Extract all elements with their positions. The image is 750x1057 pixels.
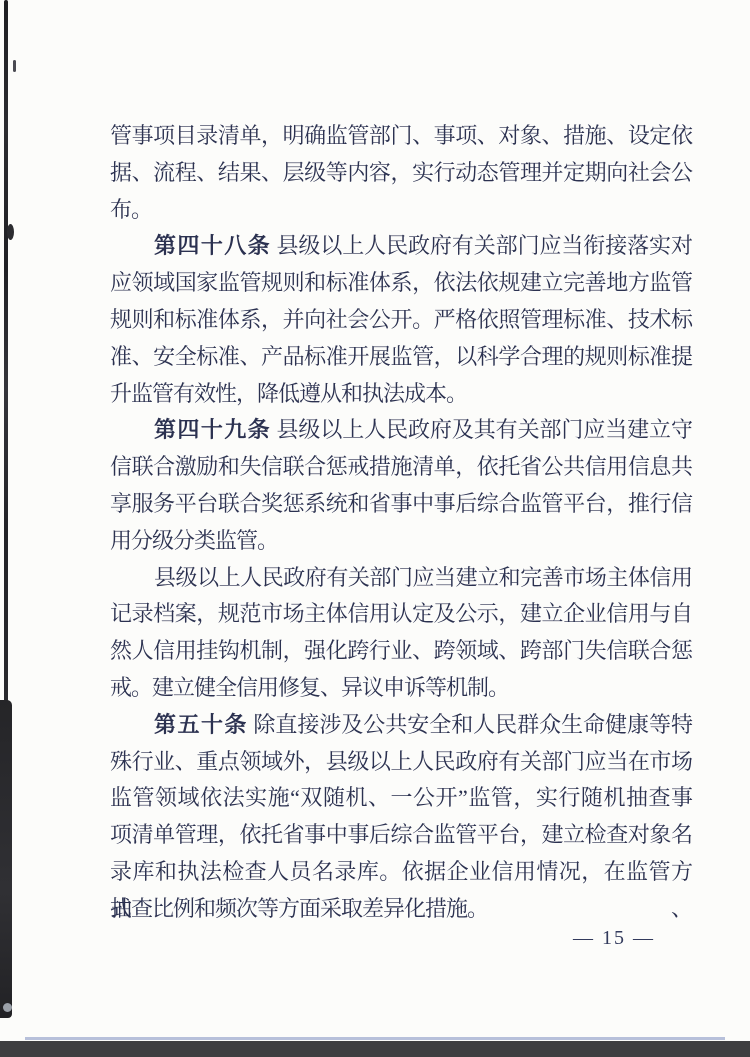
text-line: 据、流程、结果、层级等内容，实行动态管理并定期向社会公 xyxy=(110,155,692,192)
scan-speck xyxy=(7,224,14,240)
article-number: 第四十八条 xyxy=(154,233,271,258)
text-line: 监管领域依法实施“双随机、一公开”监管，实行随机抽查事 xyxy=(110,780,692,817)
article-number: 第四十九条 xyxy=(154,417,271,442)
paragraph-article-48: 第四十八条 县级以上人民政府有关部门应当衔接落实对应领域国家监管规则和标准体系，… xyxy=(110,228,692,412)
scan-speck xyxy=(13,60,16,72)
text-line: 殊行业、重点领域外，县级以上人民政府有关部门应当在市场 xyxy=(110,744,692,781)
text-line: 第四十九条 县级以上人民政府及其有关部门应当建立守 xyxy=(110,412,692,449)
page-number-label: — 15 — xyxy=(573,927,655,949)
paragraph-credit-records: 县级以上人民政府有关部门应当建立和完善市场主体信用记录档案，规范市场主体信用认定… xyxy=(110,560,692,707)
paragraph-article-49: 第四十九条 县级以上人民政府及其有关部门应当建立守信联合激励和失信联合惩戒措施清… xyxy=(110,412,692,559)
scanned-document-page: 管事项目录清单，明确监管部门、事项、对象、措施、设定依据、流程、结果、层级等内容… xyxy=(0,0,750,1057)
paragraph-continuation: 管事项目录清单，明确监管部门、事项、对象、措施、设定依据、流程、结果、层级等内容… xyxy=(110,118,692,228)
text-line: 享服务平台联合奖惩系统和省事中事后综合监管平台，推行信 xyxy=(110,486,692,523)
text-line: 应领域国家监管规则和标准体系，依法依规建立完善地方监管 xyxy=(110,265,692,302)
text-line: 用分级分类监管。 xyxy=(110,523,692,560)
text-line: 记录档案，规范市场主体信用认定及公示，建立企业信用与自 xyxy=(110,596,692,633)
text-line: 布。 xyxy=(110,192,692,229)
scan-left-edge-artifact xyxy=(4,0,8,708)
text-line: 第五十条 除直接涉及公共安全和人民群众生命健康等特 xyxy=(110,707,692,744)
paragraph-article-50: 第五十条 除直接涉及公共安全和人民群众生命健康等特殊行业、重点领域外，县级以上人… xyxy=(110,707,692,928)
text-line: 戒。建立健全信用修复、异议申诉等机制。 xyxy=(110,670,692,707)
text-line: 准、安全标准、产品标准开展监管，以科学合理的规则标准提 xyxy=(110,339,692,376)
text-line: 管事项目录清单，明确监管部门、事项、对象、措施、设定依 xyxy=(110,118,692,155)
scan-bottom-band xyxy=(0,1041,750,1057)
scan-left-edge-band xyxy=(0,700,12,1018)
text-line: 规则和标准体系，并向社会公开。严格依照管理标准、技术标 xyxy=(110,302,692,339)
text-line: 录库和执法检查人员名录库。依据企业信用情况，在监管方式、 xyxy=(110,854,692,891)
scan-dot-artifact xyxy=(3,1003,12,1012)
text-line: 升监管有效性，降低遵从和执法成本。 xyxy=(110,376,692,413)
text-line: 信联合激励和失信联合惩戒措施清单，依托省公共信用信息共 xyxy=(110,449,692,486)
text-line: 项清单管理，依托省事中事后综合监管平台，建立检查对象名 xyxy=(110,817,692,854)
scan-bottom-tint-line xyxy=(25,1037,725,1040)
text-line: 然人信用挂钩机制，强化跨行业、跨领域、跨部门失信联合惩 xyxy=(110,633,692,670)
text-line: 县级以上人民政府有关部门应当建立和完善市场主体信用 xyxy=(110,560,692,597)
text-line: 第四十八条 县级以上人民政府有关部门应当衔接落实对 xyxy=(110,228,692,265)
article-number: 第五十条 xyxy=(154,712,248,737)
document-body: 管事项目录清单，明确监管部门、事项、对象、措施、设定依据、流程、结果、层级等内容… xyxy=(110,118,692,928)
page-number: — 15 — xyxy=(573,927,655,950)
